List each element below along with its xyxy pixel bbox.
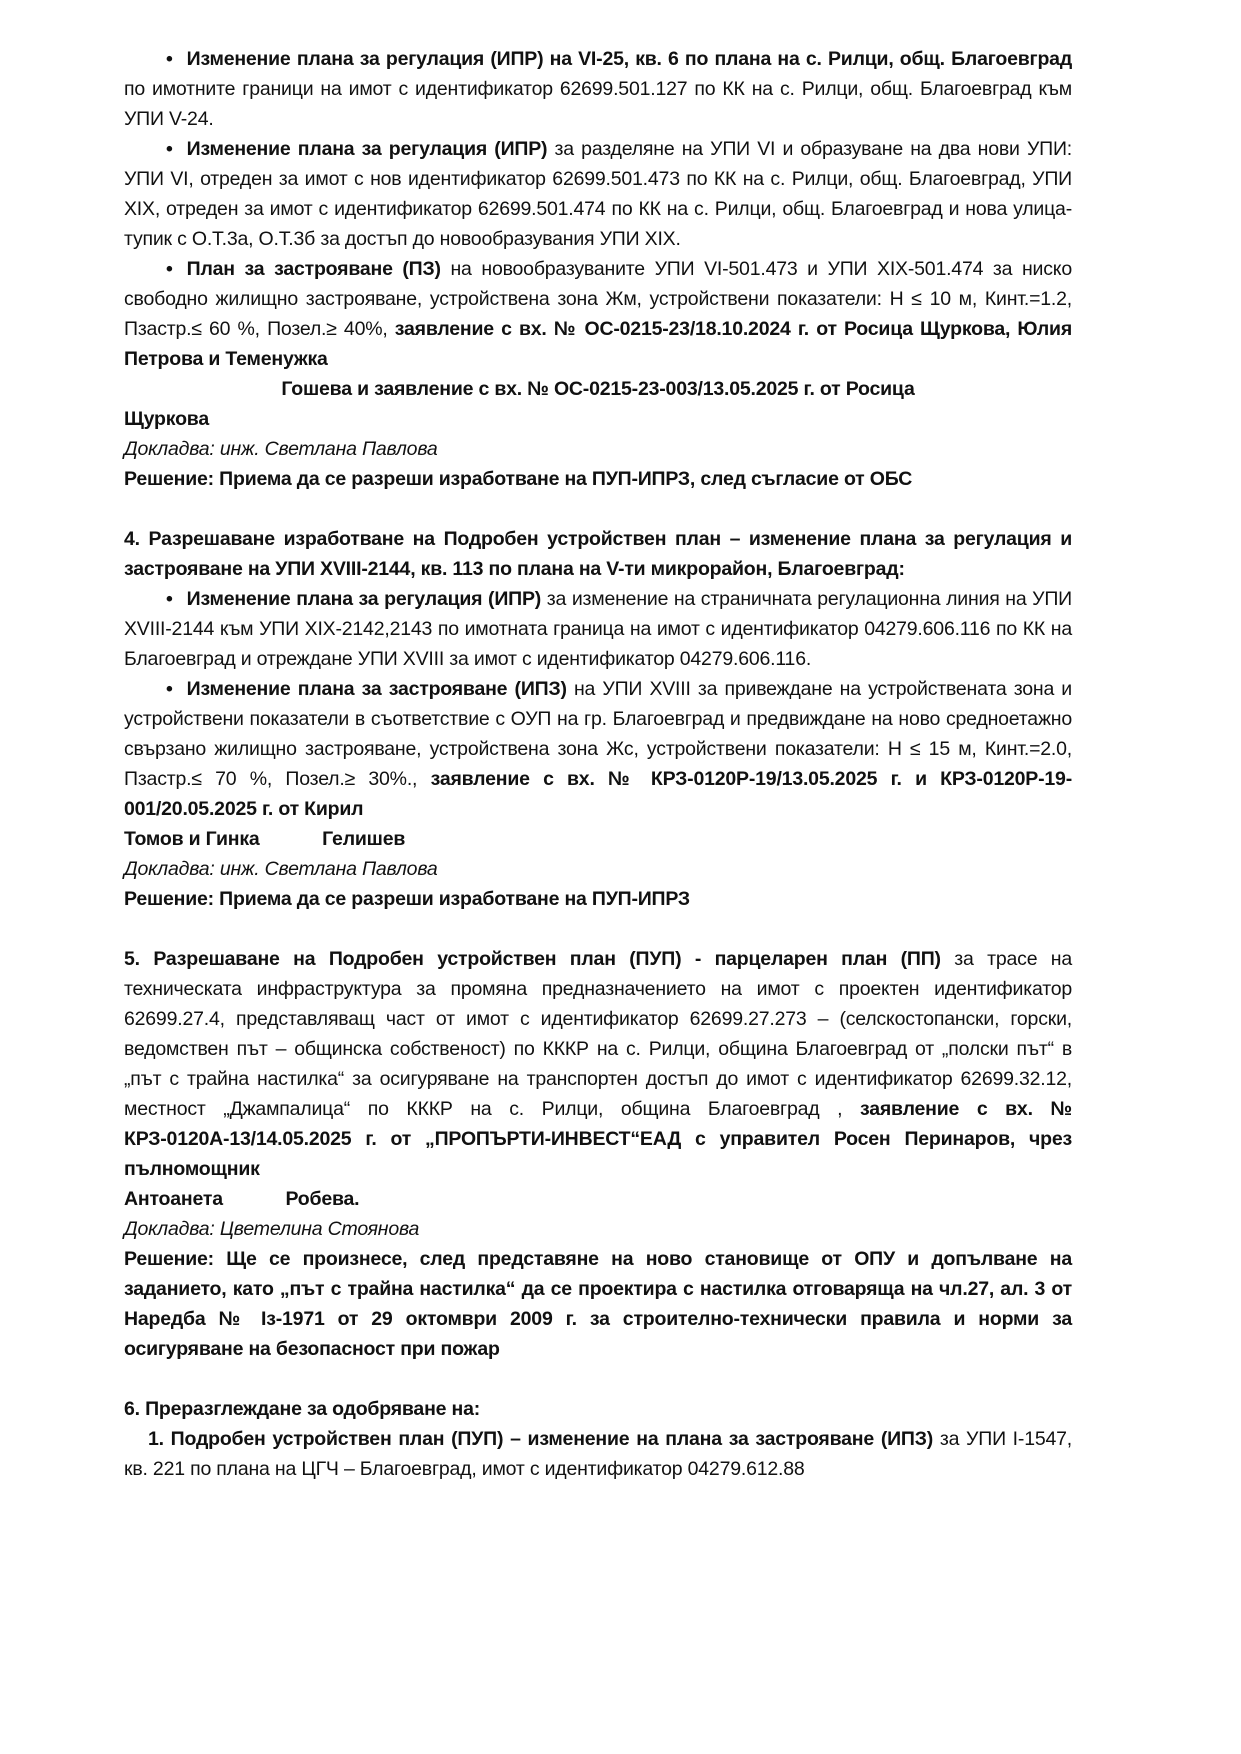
continuation-line: Антоанета Робева.: [124, 1184, 1072, 1214]
continuation-line: Щуркова: [124, 404, 1072, 434]
decision: Решение: Приема да се разреши изработван…: [124, 884, 1072, 914]
bullet-bold: Изменение плана за регулация (ИПР): [187, 138, 548, 160]
reporter: Докладва: инж. Светлана Павлова: [124, 854, 1072, 884]
section-heading-5: 5. Разрешаване на Подробен устройствен п…: [124, 944, 1072, 1184]
subitem-bold: 1. Подробен устройствен план (ПУП) – изм…: [148, 1428, 933, 1450]
heading-bold: 5. Разрешаване на Подробен устройствен п…: [124, 948, 941, 970]
bullet-ipz-xviii: Изменение плана за застрояване (ИПЗ) на …: [124, 674, 1072, 824]
bullet-ipr-split: Изменение плана за регулация (ИПР) за ра…: [124, 134, 1072, 254]
bullet-ipr-xviii: Изменение плана за регулация (ИПР) за из…: [124, 584, 1072, 674]
heading-text: за трасе на техническата инфраструктура …: [124, 948, 1072, 1120]
decision: Решение: Приема да се разреши изработван…: [124, 464, 1072, 494]
section-heading-4: 4. Разрешаване изработване на Подробен у…: [124, 524, 1072, 584]
continuation-line: Гошева и заявление с вх. № ОС-0215-23-00…: [124, 374, 1072, 404]
bullet-bold: Изменение плана за регулация (ИПР): [187, 588, 541, 610]
bullet-text: по имотните граници на имот с идентифика…: [124, 78, 1072, 130]
bullet-bold: План за застрояване (ПЗ): [187, 258, 441, 280]
subitem-6-1: 1. Подробен устройствен план (ПУП) – изм…: [124, 1424, 1072, 1484]
bullet-bold: Изменение плана за регулация (ИПР) на VI…: [187, 48, 1072, 70]
bullet-bold: Изменение плана за застрояване (ИПЗ): [187, 678, 567, 700]
continuation-line: Томов и Гинка Гелишев: [124, 824, 1072, 854]
bullet-pz: План за застрояване (ПЗ) на новообразува…: [124, 254, 1072, 374]
decision: Решение: Ще се произнесе, след представя…: [124, 1244, 1072, 1364]
reporter: Докладва: инж. Светлана Павлова: [124, 434, 1072, 464]
reporter: Докладва: Цветелина Стоянова: [124, 1214, 1072, 1244]
document-page: Изменение плана за регулация (ИПР) на VI…: [124, 44, 1072, 1484]
section-heading-6: 6. Преразглеждане за одобряване на:: [124, 1394, 1072, 1424]
bullet-ipr-vi25: Изменение плана за регулация (ИПР) на VI…: [124, 44, 1072, 134]
